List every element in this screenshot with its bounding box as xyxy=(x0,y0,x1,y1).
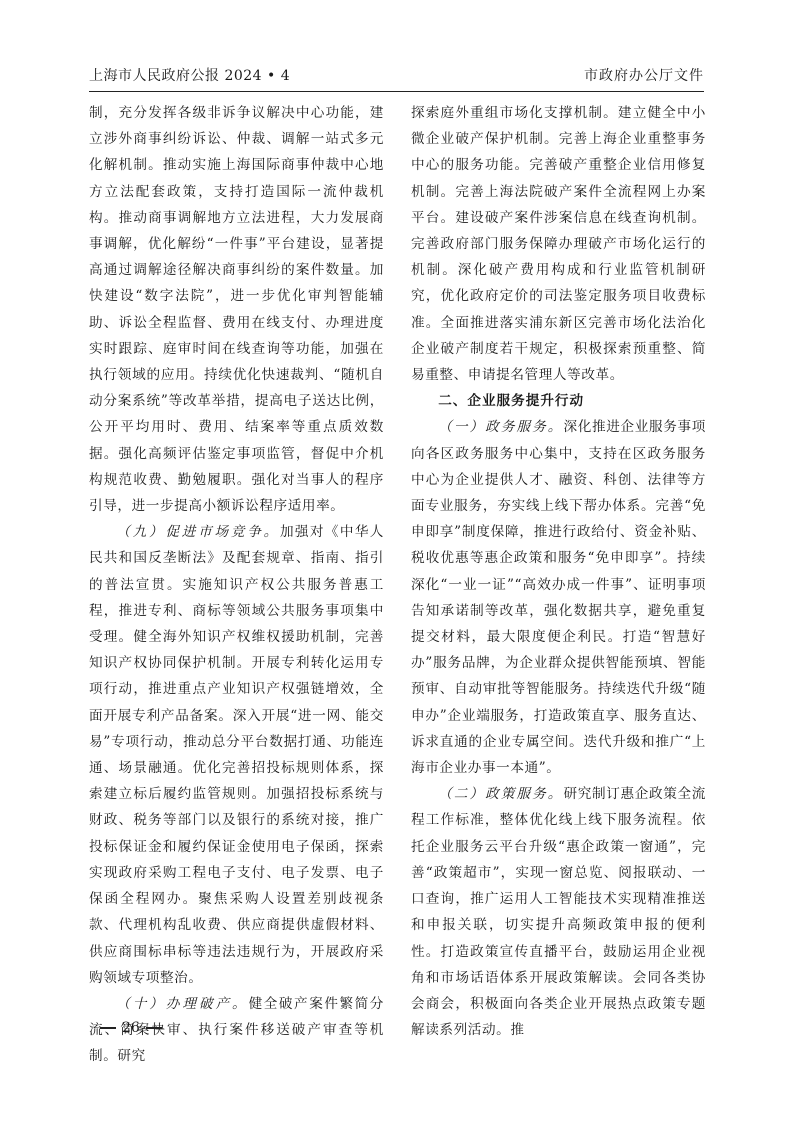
section-heading: 二、企业服务提升行动 xyxy=(411,388,706,414)
item-body-9: 加强对《中华人民共和国反垄断法》及配套规章、指南、指引的普法宣贯。实施知识产权公… xyxy=(89,524,384,985)
paragraph-government-services: （一）政务服务。深化推进企业服务事项向各区政务服务中心集中，支持在区政务服务中心… xyxy=(411,414,706,781)
paragraph-bankruptcy-cont: 探索庭外重组市场化支撑机制。建立健全中小微企业破产保护机制。完善上海企业重整事务… xyxy=(411,100,706,388)
page-number-value: 26 xyxy=(122,1020,140,1036)
item-label-2: （二）政策服务。 xyxy=(438,786,563,802)
paragraph-policy-services: （二）政策服务。研究制订惠企政策全流程工作标准，整体优化线上线下服务流程。依托企… xyxy=(411,781,706,1043)
right-column: 探索庭外重组市场化支撑机制。建立健全中小微企业破产保护机制。完善上海企业重整事务… xyxy=(411,100,706,1043)
publication-title: 上海市人民政府公报 2024 • 4 xyxy=(89,66,290,86)
header-divider xyxy=(89,91,704,92)
item-body-2: 研究制订惠企政策全流程工作标准，整体优化线上线下服务流程。依托企业服务云平台升级… xyxy=(411,786,706,1038)
paragraph-mediation: 制，充分发挥各级非诉争议解决中心功能，建立涉外商事纠纷诉讼、仲裁、调解一站式多元… xyxy=(89,100,384,519)
item-label-1: （一）政务服务。 xyxy=(438,419,563,435)
item-body-1: 深化推进企业服务事项向各区政务服务中心集中，支持在区政务服务中心为企业提供人才、… xyxy=(411,419,706,776)
section-title: 市政府办公厅文件 xyxy=(584,66,704,86)
left-column: 制，充分发挥各级非诉争议解决中心功能，建立涉外商事纠纷诉讼、仲裁、调解一站式多元… xyxy=(89,100,384,1070)
item-label-9: （九）促进市场竞争。 xyxy=(116,524,280,540)
paragraph-market-competition: （九）促进市场竞争。加强对《中华人民共和国反垄断法》及配套规章、指南、指引的普法… xyxy=(89,519,384,991)
page-number: 26 xyxy=(94,1018,168,1038)
dash-left xyxy=(100,1027,116,1029)
dash-right xyxy=(146,1027,162,1029)
item-label-10: （十）办理破产。 xyxy=(116,996,248,1012)
running-header: 上海市人民政府公报 2024 • 4 市政府办公厅文件 xyxy=(89,66,704,90)
